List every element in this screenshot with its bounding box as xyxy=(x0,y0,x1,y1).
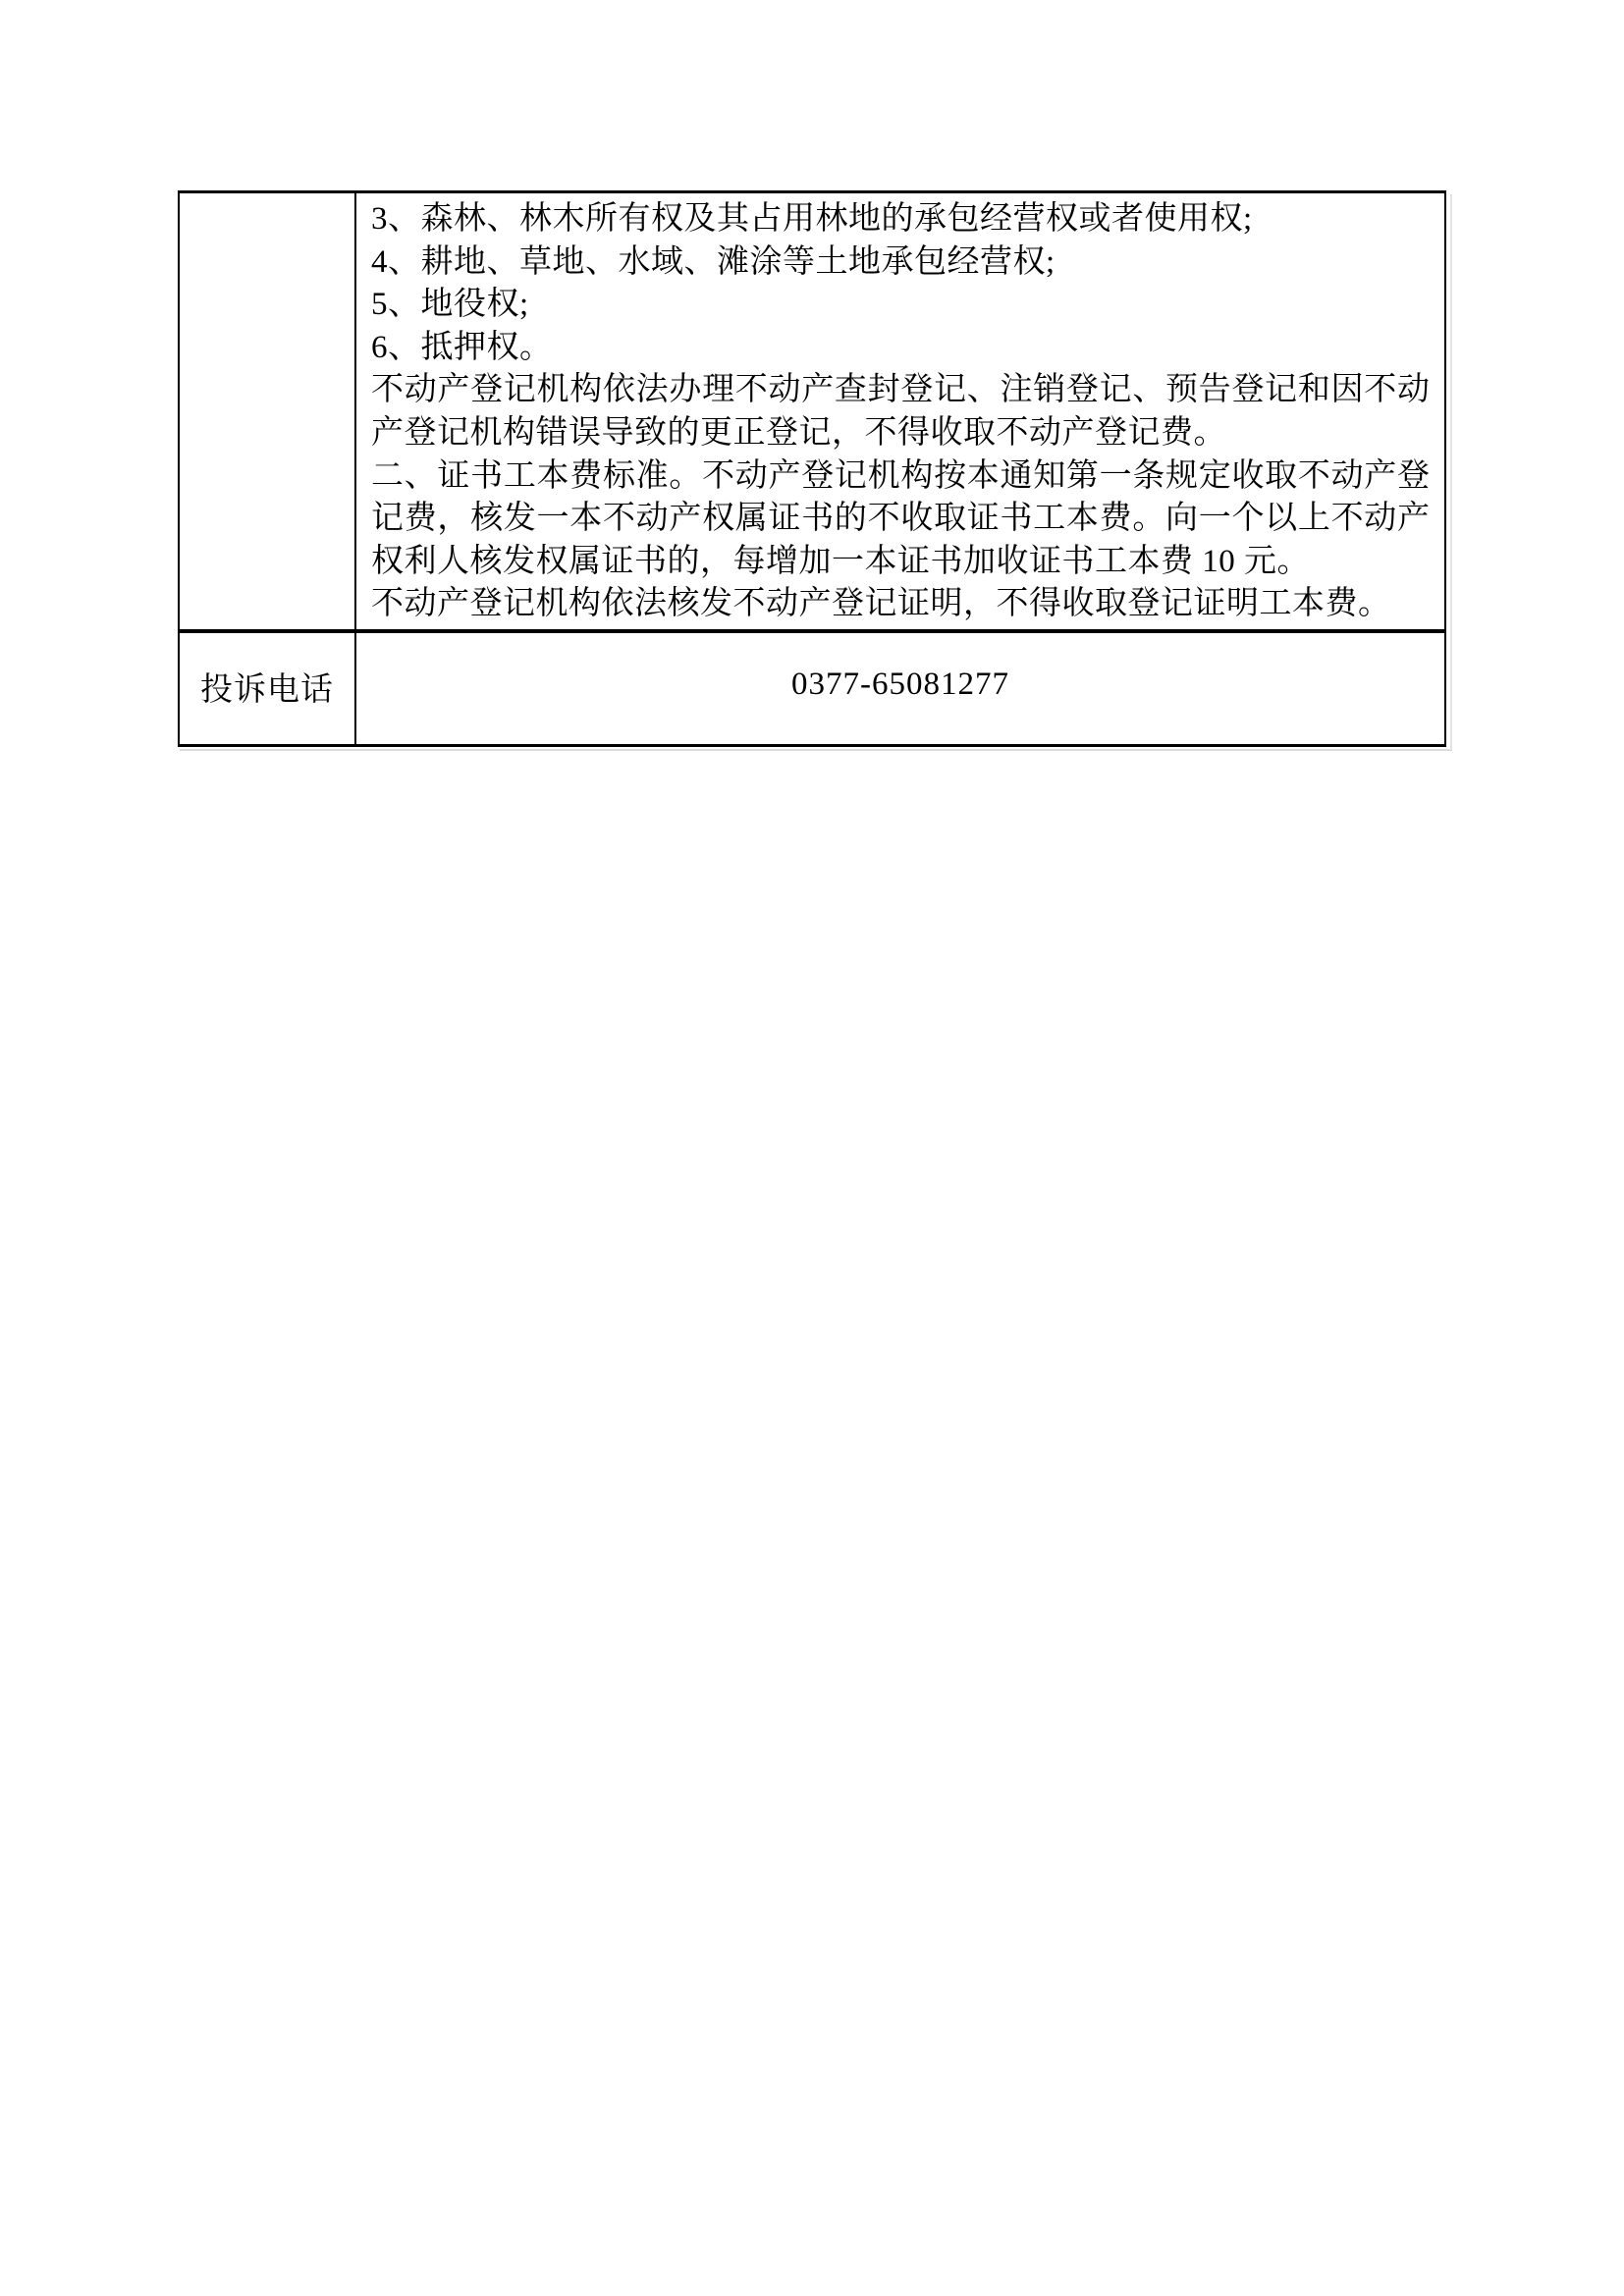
body-text-line: 产登记机构错误导致的更正登记，不得收取不动产登记费。 xyxy=(371,412,1430,455)
fee-text-cell: 3、森林、林木所有权及其占用林地的承包经营权或者使用权; 4、耕地、草地、水域、… xyxy=(356,193,1444,629)
body-text-line: 3、森林、林木所有权及其占用林地的承包经营权或者使用权; xyxy=(371,198,1430,241)
body-text-line: 记费，核发一本不动产权属证书的不收取证书工本费。向一个以上不动产 xyxy=(371,498,1430,541)
body-text-line: 二、证书工本费标准。不动产登记机构按本通知第一条规定收取不动产登 xyxy=(371,455,1430,499)
table-shadow-bottom xyxy=(180,749,1452,751)
body-text-line: 不动产登记机构依法核发不动产登记证明，不得收取登记证明工本费。 xyxy=(371,583,1430,626)
table-row-fee-text: 3、森林、林木所有权及其占用林地的承包经营权或者使用权; 4、耕地、草地、水域、… xyxy=(180,193,1444,633)
body-text-line: 4、耕地、草地、水域、滩涂等土地承包经营权; xyxy=(371,241,1430,285)
table-shadow-right xyxy=(1450,194,1452,750)
complaint-phone-number: 0377-65081277 xyxy=(791,667,1009,703)
body-text-line: 权利人核发权属证书的，每增加一本证书加收证书工本费 10 元。 xyxy=(371,541,1430,584)
complaint-phone-value-cell: 0377-65081277 xyxy=(356,633,1444,744)
body-text-line: 5、地役权; xyxy=(371,284,1430,327)
fee-notice-table: 3、森林、林木所有权及其占用林地的承包经营权或者使用权; 4、耕地、草地、水域、… xyxy=(178,190,1446,747)
body-text-line: 6、抵押权。 xyxy=(371,327,1430,370)
complaint-phone-label-cell: 投诉电话 xyxy=(180,633,356,744)
complaint-phone-label: 投诉电话 xyxy=(200,664,334,710)
body-text-line: 不动产登记机构依法办理不动产查封登记、注销登记、预告登记和因不动 xyxy=(371,369,1430,412)
table-row-complaint-phone: 投诉电话 0377-65081277 xyxy=(180,633,1444,744)
document-page: 3、森林、林木所有权及其占用林地的承包经营权或者使用权; 4、耕地、草地、水域、… xyxy=(0,0,1624,2296)
row-header-cell-empty xyxy=(180,193,356,629)
